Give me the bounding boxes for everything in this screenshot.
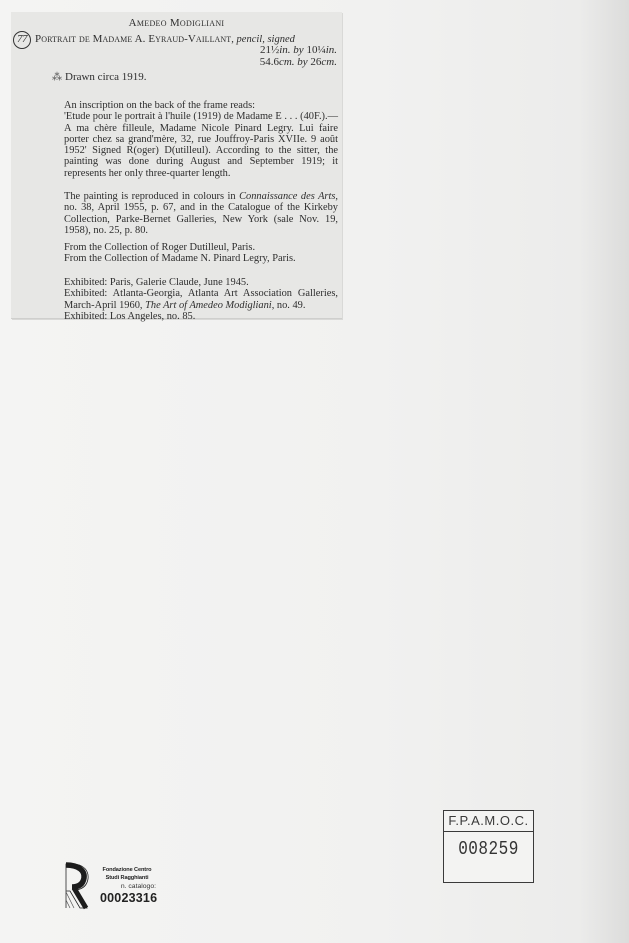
- exhibition-after: , no. 49.: [272, 300, 306, 311]
- archive-stamp: F.P.A.M.O.C. 008259: [443, 810, 534, 883]
- stamp-number: 008259: [444, 833, 533, 864]
- reproduction-block: The painting is reproduced in colours in…: [64, 191, 338, 236]
- inscription-block: An inscription on the back of the frame …: [64, 100, 338, 179]
- dimensions-cm: 54.6cm. by 26cm.: [260, 57, 337, 69]
- provenance-item: From the Collection of Madame N. Pinard …: [64, 253, 338, 264]
- exhibition-item: Exhibited: Los Angeles, no. 85.: [64, 311, 338, 322]
- catalog-clipping: Amedeo Modigliani 77 Portrait de Madame …: [11, 12, 342, 319]
- height-cm: 54.6: [260, 56, 279, 68]
- height-in: 21½: [260, 44, 279, 56]
- unit-in: in.: [279, 44, 290, 56]
- reproduction-before: The painting is reproduced in colours in: [64, 191, 239, 202]
- date-note: ⁂Drawn circa 1919.: [52, 71, 147, 83]
- inscription-intro: An inscription on the back of the frame …: [64, 100, 338, 111]
- reproduction-text: The painting is reproduced in colours in…: [64, 191, 338, 236]
- dim-sep: by: [293, 44, 303, 56]
- foundation-name-line2: Studi Ragghianti: [98, 874, 156, 882]
- provenance-block: From the Collection of Roger Dutilleul, …: [64, 242, 338, 265]
- width-in: 10¼: [306, 44, 325, 56]
- unit-cm: cm.: [279, 56, 295, 68]
- catalog-number: 00023316: [100, 891, 156, 905]
- unit-cm: cm.: [321, 56, 337, 68]
- catalog-label: n. catalogo:: [98, 882, 156, 891]
- dimensions: 21½in. by 10¼in. 54.6cm. by 26cm.: [260, 45, 337, 68]
- width-cm: 26: [310, 56, 321, 68]
- foundation-logo-icon: [62, 862, 90, 910]
- asterism-icon: ⁂: [52, 72, 62, 83]
- inscription-text: 'Etude pour le portrait à l'huile (1919)…: [64, 111, 338, 179]
- publication-title: Connaissance des Arts: [239, 191, 335, 202]
- exhibition-title: The Art of Amedeo Modigliani: [145, 300, 272, 311]
- artist-heading: Amedeo Modigliani: [11, 17, 342, 29]
- foundation-label: Fondazione Centro Studi Ragghianti n. ca…: [98, 866, 156, 905]
- exhibition-item: Exhibited: Atlanta-Georgia, Atlanta Art …: [64, 288, 338, 311]
- artwork-title: Portrait de Madame A. Eyraud-Vaillant: [35, 33, 231, 45]
- dim-sep: by: [297, 56, 307, 68]
- foundation-name-line1: Fondazione Centro: [98, 866, 156, 874]
- exhibitions-block: Exhibited: Paris, Galerie Claude, June 1…: [64, 277, 338, 322]
- date-note-text: Drawn circa 1919.: [65, 71, 147, 83]
- lot-number-badge: 77: [13, 31, 31, 49]
- stamp-header: F.P.A.M.O.C.: [444, 811, 533, 832]
- exhibition-item: Exhibited: Paris, Galerie Claude, June 1…: [64, 277, 338, 288]
- unit-in: in.: [326, 44, 337, 56]
- provenance-item: From the Collection of Roger Dutilleul, …: [64, 242, 338, 253]
- artwork-title-line: Portrait de Madame A. Eyraud-Vaillant, p…: [35, 33, 295, 45]
